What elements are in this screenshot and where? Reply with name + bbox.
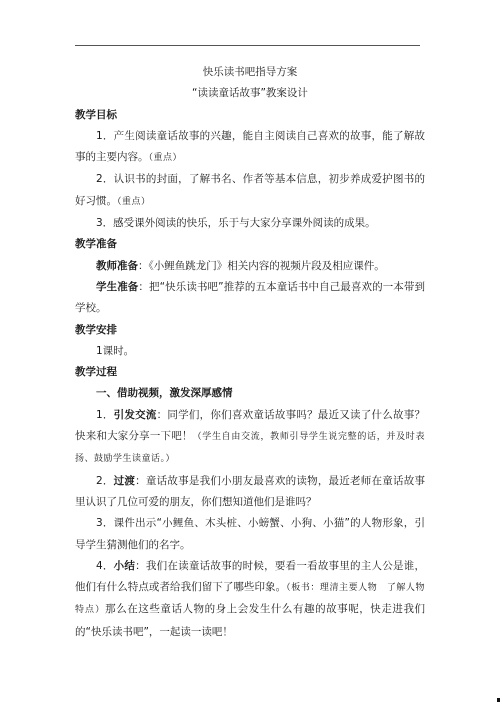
process-item-1: 1．引发交流：同学们，你们喜欢童话故事吗？最近又读了什么故事？快来和大家分享一下… — [75, 405, 425, 471]
process-item-4: 4．小结：我们在读童话故事的时候，要看一看故事里的主人公是谁，他们有什么特点或者… — [75, 556, 425, 643]
document-page: 快乐读书吧指导方案 “读读童话故事”教案设计 教学目标 1．产生阅读童话故事的兴… — [75, 62, 425, 643]
goal-item-3: 3．感受课外阅读的快乐，乐于与大家分享课外阅读的成果。 — [75, 213, 425, 234]
header-rule — [75, 45, 420, 46]
goal-item-2: 2．认识书的封面，了解书名、作者等基本信息，初步养成爱护图书的好习惯。（重点） — [75, 169, 425, 213]
process-item-2: 2．过渡：童话故事是我们小朋友最喜欢的读物，最近老师在童话故事里认识了几位可爱的… — [75, 471, 425, 514]
process-subheading: 一、借助视频，激发深厚感情 — [75, 383, 425, 404]
document-title: 快乐读书吧指导方案 — [75, 62, 425, 83]
schedule-item: 1课时。 — [75, 341, 425, 362]
section-heading-goals: 教学目标 — [75, 105, 425, 126]
goal-item-1: 1．产生阅读童话故事的兴趣，能自主阅读自己喜欢的故事，能了解故事的主要内容。（重… — [75, 126, 425, 170]
process-item-3: 3．课件出示“小鲤鱼、木头桩、小螃蟹、小狗、小猫”的人物形象，引导学生猜测他们的… — [75, 513, 425, 556]
document-subtitle: “读读童话故事”教案设计 — [75, 83, 425, 104]
section-heading-prep: 教学准备 — [75, 234, 425, 255]
section-heading-process: 教学过程 — [75, 362, 425, 383]
prep-student: 学生准备：把“快乐读书吧”推荐的五本童话书中自己最喜欢的一本带到学校。 — [75, 277, 425, 320]
prep-teacher: 教师准备：《小鲤鱼跳龙门》相关内容的视频片段及相应课件。 — [75, 256, 425, 277]
section-heading-schedule: 教学安排 — [75, 320, 425, 341]
